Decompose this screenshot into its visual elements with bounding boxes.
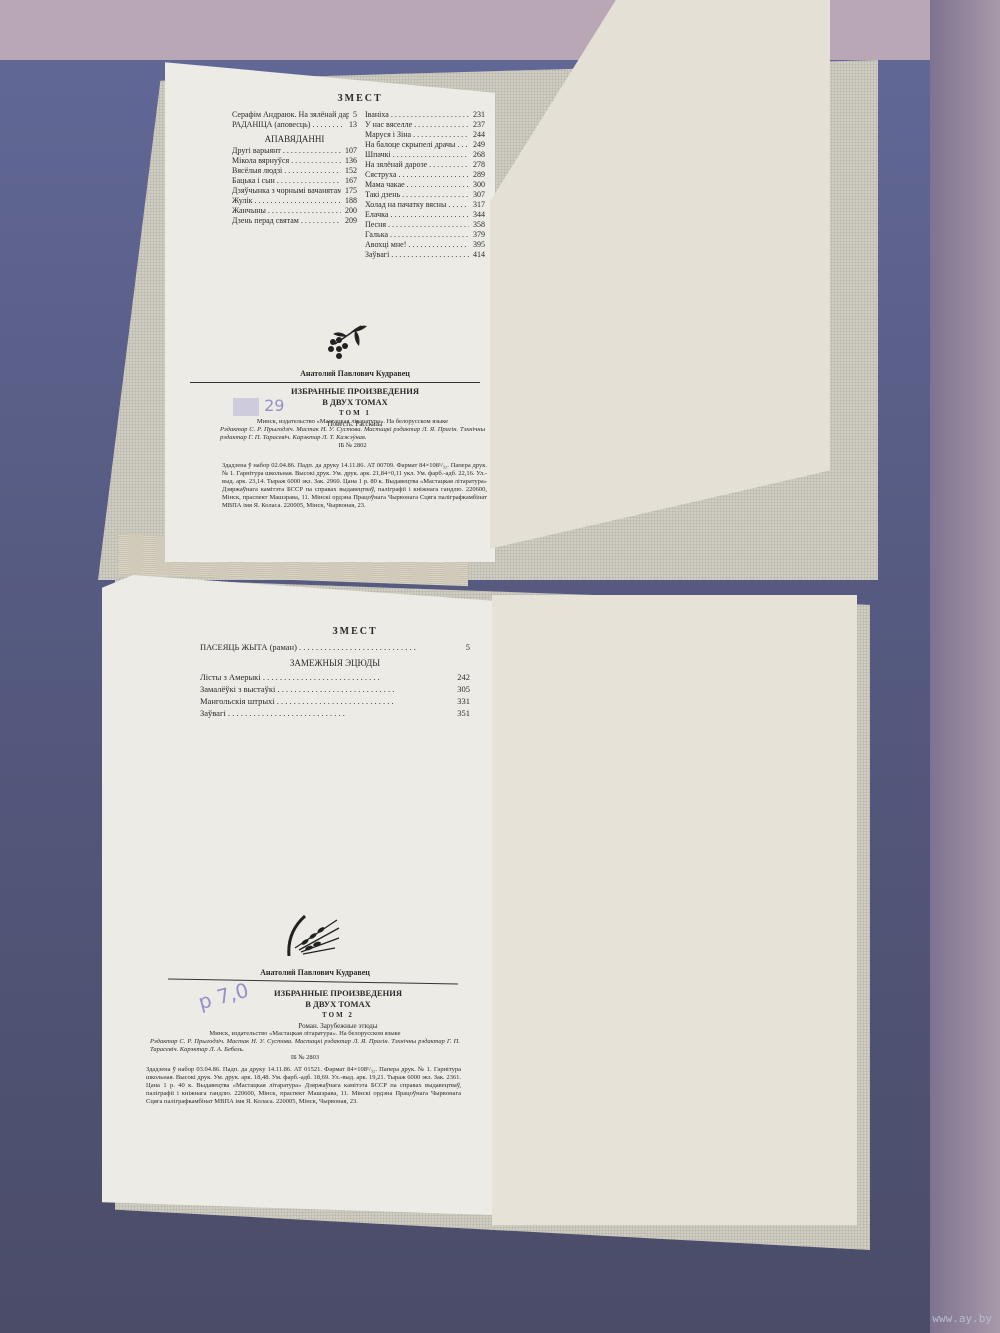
toc-entry: Іваніха231	[365, 110, 485, 120]
toc-entry: Заўвагі351	[200, 707, 470, 719]
toc-entry: Такі дзень307	[365, 190, 485, 200]
volume2-title-line2: В ДВУХ ТОМАХ	[238, 999, 438, 1010]
toc-entry: Мама чакае300	[365, 180, 485, 190]
toc-entry: Замалёўкі з выстаўкі305	[200, 683, 470, 695]
toc-entry-title: Замалёўкі з выстаўкі	[200, 683, 394, 695]
volume1-author: Анатолий Павлович Кудравец	[245, 369, 465, 378]
toc-entry-title: Серафім Андраюк. На зялёнай дарозе жыцця	[232, 110, 349, 120]
toc-entry-title: Такі дзень	[365, 190, 469, 200]
toc-entry-page: 379	[469, 230, 485, 240]
toc-entry-title: Дзяўчынка з чорнымі вачанятамі	[232, 186, 341, 196]
toc-section-heading: ЗАМЕЖНЫЯ ЭЦЮДЫ	[200, 657, 470, 669]
toc-entry: Шпачкі268	[365, 150, 485, 160]
toc-entry: Авохці мне!395	[365, 240, 485, 250]
toc-entry: Дзень перад святам209	[232, 216, 357, 226]
toc-entry: Жулік188	[232, 196, 357, 206]
toc-entry-page: 268	[469, 150, 485, 160]
volume2-title-line1: ИЗБРАННЫЕ ПРОИЗВЕДЕНИЯ	[238, 988, 438, 999]
volume2-credits: Рэдактар С. Р. Прыгодзіч. Мастак Н. У. С…	[150, 1038, 460, 1054]
volume1-rule	[190, 382, 480, 383]
toc-entry: Елачка344	[365, 210, 485, 220]
pink-box-background	[0, 0, 1000, 60]
toc-entry-page: 13	[345, 120, 357, 130]
toc-entry-page: 107	[341, 146, 357, 156]
toc-entry: Жанчыны200	[232, 206, 357, 216]
toc-entry-title: РАДАНІЦА (аповесць)	[232, 120, 345, 130]
volume2-tome: ТОМ 2	[238, 1010, 438, 1021]
toc-entry-title: Маруся і Зіна	[365, 130, 469, 140]
toc-entry-title: Шпачкі	[365, 150, 469, 160]
toc-entry: Песня358	[365, 220, 485, 230]
volume2-toc: ПАСЕЯЦЬ ЖЫТА (раман)5ЗАМЕЖНЫЯ ЭЦЮДЫЛісты…	[200, 641, 470, 719]
volume1-stamp-text: 29	[264, 396, 284, 415]
toc-entry: На зялёнай дарозе278	[365, 160, 485, 170]
toc-entry-page: 300	[469, 180, 485, 190]
toc-entry: Дзяўчынка з чорнымі вачанятамі175	[232, 186, 357, 196]
toc-entry: РАДАНІЦА (аповесць)13	[232, 120, 357, 130]
toc-entry: Маруся і Зіна244	[365, 130, 485, 140]
toc-entry-page: 231	[469, 110, 485, 120]
toc-entry-page: 188	[341, 196, 357, 206]
volume1-publisher-line: Минск, издательство «Мастацкая літаратур…	[220, 418, 485, 426]
volume1-publisher: Минск, издательство «Мастацкая літаратур…	[220, 418, 485, 450]
volume1-imprint: Здадзена ў набор 02.04.86. Падп. да друк…	[222, 462, 487, 510]
toc-entry: Заўвагі414	[365, 250, 485, 260]
volume2-author: Анатолий Павлович Кудравец	[205, 968, 425, 977]
toc-entry-title: Жулік	[232, 196, 341, 206]
toc-entry-page: 344	[469, 210, 485, 220]
toc-entry: Сяструха289	[365, 170, 485, 180]
toc-entry-title: Галька	[365, 230, 469, 240]
toc-entry: Серафім Андраюк. На зялёнай дарозе жыцця…	[232, 110, 357, 120]
toc-entry-page: 209	[341, 216, 357, 226]
toc-entry: Вясёлыя людзі152	[232, 166, 357, 176]
toc-entry: Лісты з Амерыкі242	[200, 671, 470, 683]
toc-entry-title: Мама чакае	[365, 180, 469, 190]
toc-entry: Мангольскія штрыхі331	[200, 695, 470, 707]
toc-entry-title: Песня	[365, 220, 469, 230]
toc-entry-page: 351	[453, 707, 470, 719]
toc-entry-page: 414	[469, 250, 485, 260]
toc-entry: Холад на пачатку вясны317	[365, 200, 485, 210]
toc-entry-title: Лісты з Амерыкі	[200, 671, 380, 683]
volume2-right-page	[492, 595, 857, 1225]
volume2-imprint: Здадзена ў набор 03.04.86. Падп. да друк…	[146, 1066, 461, 1106]
toc-entry: Бацька і сын167	[232, 176, 357, 186]
toc-entry-page: 244	[469, 130, 485, 140]
volume1-library-stamp: 29	[233, 396, 284, 416]
toc-entry-title: Заўвагі	[365, 250, 469, 260]
volume1-toc-left: Серафім Андраюк. На зялёнай дарозе жыцця…	[232, 110, 357, 226]
volume2-ib-number: ІБ № 2803	[150, 1054, 460, 1062]
volume1-title-line2: В ДВУХ ТОМАХ	[255, 397, 455, 408]
toc-entry-title: Вясёлыя людзі	[232, 166, 341, 176]
toc-entry-title: Другі варыянт	[232, 146, 341, 156]
toc-entry-title: Дзень перад святам	[232, 216, 341, 226]
toc-entry-page: 395	[469, 240, 485, 250]
toc-entry-page: 136	[341, 156, 357, 166]
toc-entry-title: На балоце скрыпелі драчы	[365, 140, 469, 150]
toc-entry: У нас вяселле237	[365, 120, 485, 130]
toc-entry-page: 5	[462, 641, 470, 653]
volume2-publisher: Минск, издательство «Мастацкая літаратур…	[150, 1030, 460, 1062]
toc-entry-page: 278	[469, 160, 485, 170]
toc-entry-page: 331	[453, 695, 470, 707]
volume1-toc-title: ЗМЕСТ	[300, 93, 420, 104]
toc-entry-title: Авохці мне!	[365, 240, 469, 250]
toc-entry-page: 5	[349, 110, 357, 120]
volume2-publisher-line: Минск, издательство «Мастацкая літаратур…	[150, 1030, 460, 1038]
volume2-title-block: ИЗБРАННЫЕ ПРОИЗВЕДЕНИЯ В ДВУХ ТОМАХ ТОМ …	[238, 988, 438, 1032]
toc-entry-page: 242	[453, 671, 470, 683]
toc-entry-page: 152	[341, 166, 357, 176]
rowan-branch-icon	[325, 322, 369, 360]
toc-entry-page: 249	[469, 140, 485, 150]
toc-entry-page: 200	[341, 206, 357, 216]
toc-entry-title: Бацька і сын	[232, 176, 341, 186]
toc-entry-page: 175	[341, 186, 357, 196]
toc-entry-page: 289	[469, 170, 485, 180]
toc-section-heading: АПАВЯДАННІ	[232, 134, 357, 144]
volume1-credits: Рэдактар С. Р. Прыгодзіч. Мастак Н. У. С…	[220, 426, 485, 442]
toc-entry-page: 237	[469, 120, 485, 130]
toc-entry: ПАСЕЯЦЬ ЖЫТА (раман)5	[200, 641, 470, 653]
toc-entry-title: Елачка	[365, 210, 469, 220]
toc-entry-title: Мікола вярнуўся	[232, 156, 341, 166]
toc-entry: Мікола вярнуўся136	[232, 156, 357, 166]
toc-entry-title: Мангольскія штрыхі	[200, 695, 394, 707]
toc-entry-title: Холад на пачатку вясны	[365, 200, 469, 210]
toc-entry-title: На зялёнай дарозе	[365, 160, 469, 170]
volume1-title-line1: ИЗБРАННЫЕ ПРОИЗВЕДЕНИЯ	[255, 386, 455, 397]
volume1-toc-right: Іваніха231У нас вяселле237Маруся і Зіна2…	[365, 110, 485, 260]
toc-entry-page: 305	[453, 683, 470, 695]
wheat-ears-icon	[285, 912, 341, 956]
toc-entry-title: Заўвагі	[200, 707, 345, 719]
watermark: www.ay.by	[932, 1312, 992, 1325]
toc-entry-title: ПАСЕЯЦЬ ЖЫТА (раман)	[200, 641, 416, 653]
pink-box-side	[930, 0, 1000, 1333]
toc-entry-page: 167	[341, 176, 357, 186]
toc-entry-page: 317	[469, 200, 485, 210]
volume2-toc-title: ЗМЕСТ	[295, 626, 415, 637]
volume1-ib-number: ІБ № 2802	[220, 442, 485, 450]
toc-entry-title: Сяструха	[365, 170, 469, 180]
toc-entry-title: Жанчыны	[232, 206, 341, 216]
toc-entry-title: Іваніха	[365, 110, 469, 120]
toc-entry: На балоце скрыпелі драчы249	[365, 140, 485, 150]
toc-entry-page: 358	[469, 220, 485, 230]
toc-entry-page: 307	[469, 190, 485, 200]
toc-entry: Другі варыянт107	[232, 146, 357, 156]
toc-entry: Галька379	[365, 230, 485, 240]
toc-entry-title: У нас вяселле	[365, 120, 469, 130]
